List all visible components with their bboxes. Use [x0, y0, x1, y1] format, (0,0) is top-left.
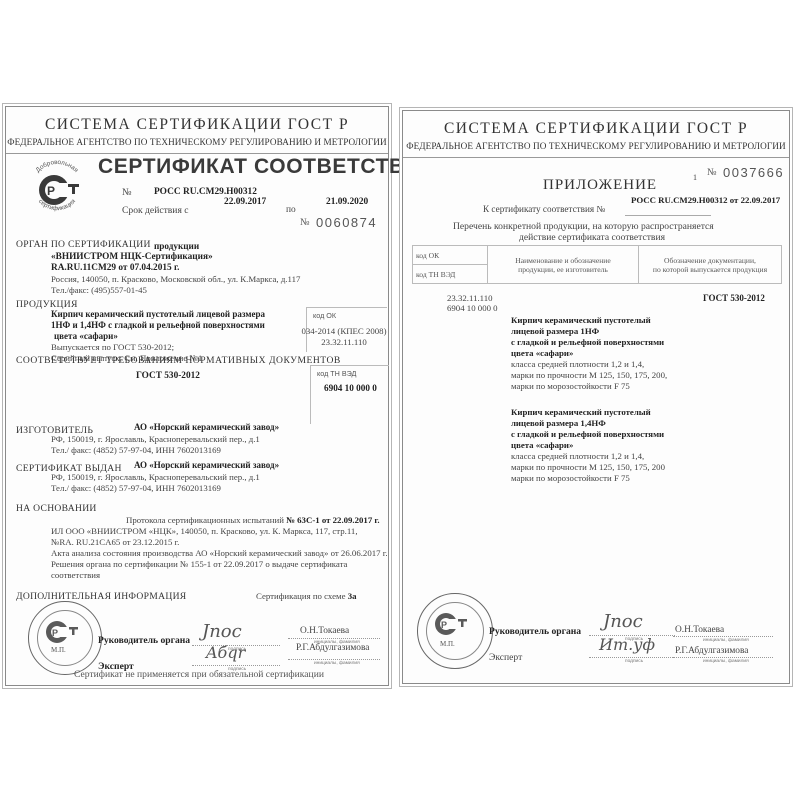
item-2-specs: класса средней плотности 1,2 и 1,4, марк… — [511, 451, 665, 484]
svg-text:P: P — [441, 620, 447, 630]
conformity-label: СООТВЕТСТВУЕТ ТРЕБОВАНИЯМ НОРМАТИВНЫХ ДО… — [16, 355, 341, 366]
item-1-name-line-1: Кирпич керамический пустотелый — [511, 315, 664, 326]
appendix-expert-name-line — [673, 657, 773, 658]
appendix-ref-value: РОСС RU.CM29.H00312 от 22.09.2017 — [631, 195, 780, 205]
appendix-standard: ГОСТ 530-2012 — [703, 293, 765, 303]
scheme: Сертификация по схеме 3а — [256, 591, 356, 601]
issued-to-address: РФ, 150019, г. Ярославль, Краснопеpеваль… — [51, 472, 260, 482]
list-title-line-2: действие сертификата соответствия — [519, 232, 665, 243]
valid-to-label: по — [286, 205, 296, 215]
item-2-name: Кирпич керамический пустотелый лицевой р… — [511, 407, 664, 451]
expert-name: Р.Г.Абдулгазимова — [296, 643, 369, 653]
basis-protocol: Протокола сертификационных испытаний № 6… — [126, 515, 380, 525]
conformity-standard: ГОСТ 530-2012 — [136, 371, 200, 381]
appendix-head-name: О.Н.Токаева — [675, 625, 724, 635]
appendix-ref-line — [625, 215, 711, 216]
head-signature: Jnoc — [202, 621, 242, 642]
basis-label: НА ОСНОВАНИИ — [16, 503, 97, 514]
appendix-head-label: Руководитель органа — [489, 626, 581, 637]
head-name: О.Н.Токаева — [300, 626, 349, 636]
basis-protocol-prefix: Протокола сертификационных испытаний — [126, 515, 284, 525]
item-1-name: Кирпич керамический пустотелый лицевой р… — [511, 315, 664, 359]
item-1-spec-1: класса средней плотности 1,2 и 1,4, — [511, 359, 667, 370]
ok-code-line-2: 23.32.11.110 — [299, 337, 389, 347]
logo-top-text: Добровольная — [35, 159, 80, 174]
certificate-document: СИСТЕМА СЕРТИФИКАЦИИ ГОСТ Р ФЕДЕРАЛЬНОЕ … — [5, 106, 389, 686]
footer-note: Сертификат не применяется при обязательн… — [74, 669, 324, 680]
appendix-seal-label: М.П. — [440, 640, 455, 648]
blank-number-label: № — [300, 217, 310, 228]
agency-name: ФЕДЕРАЛЬНОЕ АГЕНТСТВО ПО ТЕХНИЧЕСКОМУ РЕ… — [6, 134, 388, 153]
appendix-expert-name: Р.Г.Абдулгазимова — [675, 646, 748, 656]
item-1-name-line-4: цвета «сафари» — [511, 348, 664, 359]
certificate-title: СЕРТИФИКАТ СООТВЕТСТВИЯ — [98, 155, 436, 179]
appendix-document: СИСТЕМА СЕРТИФИКАЦИИ ГОСТ Р ФЕДЕРАЛЬНОЕ … — [402, 110, 790, 684]
appendix-agency-name: ФЕДЕРАЛЬНОЕ АГЕНТСТВО ПО ТЕХНИЧЕСКОМУ РЕ… — [403, 138, 789, 157]
basis-line-1: ИЛ ООО «ВНИИСТРОМ «НЦК», 140050, п. Крас… — [51, 526, 358, 536]
certification-body-phone: Тел./факс: (495)557-01-45 — [51, 285, 147, 295]
certification-body-name: «ВНИИСТРОМ НЦК-Сертификация» — [51, 252, 213, 262]
item-2-name-line-4: цвета «сафари» — [511, 440, 664, 451]
certification-body-accreditation: RA.RU.11CM29 от 07.04.2015 г. — [51, 263, 179, 273]
certificate-header: СИСТЕМА СЕРТИФИКАЦИИ ГОСТ Р ФЕДЕРАЛЬНОЕ … — [6, 107, 388, 154]
item-1-name-line-2: лицевой размера 1НФ — [511, 326, 664, 337]
item-2-spec-1: класса средней плотности 1,2 и 1,4, — [511, 451, 665, 462]
certificate-number-label: № — [122, 187, 132, 198]
head-name-line — [288, 638, 380, 639]
manufacturer-contacts: Тел./ факс: (4852) 57-97-04, ИНН 7602013… — [51, 445, 221, 455]
item-1-spec-3: марки по морозостойкости F 75 — [511, 381, 667, 392]
appendix-header: СИСТЕМА СЕРТИФИКАЦИИ ГОСТ Р ФЕДЕРАЛЬНОЕ … — [403, 111, 789, 158]
appendix-ok-code: 23.32.11.110 — [447, 293, 493, 303]
svg-text:P: P — [47, 184, 55, 198]
manufacturer-address: РФ, 150019, г. Ярославль, Краснопеpеваль… — [51, 434, 260, 444]
col-ok-code: код ОК — [413, 246, 488, 265]
col-product-name-line-2: продукции, ее изготовитель — [489, 265, 637, 274]
svg-text:Добровольная: Добровольная — [35, 159, 80, 174]
basis-line-2: №RA. RU.21CA65 от 23.12.2015 г. — [51, 537, 179, 547]
basis-line-3: Акта анализа состояния производства АО «… — [51, 548, 388, 558]
head-of-body-label: Руководитель органа — [98, 635, 190, 646]
appendix-expert-signature-caption: подпись — [625, 659, 643, 664]
expert-name-caption: инициалы, фамилия — [314, 661, 360, 666]
item-1-name-line-3: с гладкой и рельефной поверхностями — [511, 337, 664, 348]
tnved-code: 6904 10 000 0 — [324, 383, 377, 393]
certification-body-label-suffix: продукции — [154, 241, 199, 251]
blank-number: 0060874 — [316, 215, 377, 230]
item-2-name-line-2: лицевой размера 1,4НФ — [511, 418, 664, 429]
tnved-code-box: код ТН ВЭД — [310, 365, 389, 424]
basis-line-5: соответствия — [51, 570, 100, 580]
system-title: СИСТЕМА СЕРТИФИКАЦИИ ГОСТ Р — [6, 116, 388, 134]
seal-stamp-icon: P М.П. — [28, 601, 102, 675]
appendix-ref-label: К сертификату соответствия № — [483, 204, 605, 214]
item-2-spec-3: марки по морозостойкости F 75 — [511, 473, 665, 484]
appendix-head-signature: Jnoc — [603, 611, 643, 632]
col-documentation-line-1: Обозначение документации, — [640, 256, 780, 265]
appendix-expert-signature: Ит.уф — [599, 635, 655, 654]
col-documentation-line-2: по которой выпускается продукция — [640, 265, 780, 274]
scheme-prefix: Сертификация по схеме — [256, 591, 345, 601]
tnved-code-label: код ТН ВЭД — [317, 369, 356, 378]
appendix-expert-name-caption: инициалы, фамилия — [703, 659, 749, 664]
expert-signature: Aбqr — [206, 643, 245, 662]
col-product-name-line-1: Наименование и обозначение — [489, 256, 637, 265]
expert-name-line — [288, 659, 380, 660]
ok-code-label: код ОК — [313, 311, 336, 320]
certification-body-label: ОРГАН ПО СЕРТИФИКАЦИИ — [16, 239, 151, 250]
appendix-blank-number-label: № — [707, 167, 717, 178]
validity-label: Срок действия с — [122, 205, 189, 216]
additional-info-label: ДОПОЛНИТЕЛЬНАЯ ИНФОРМАЦИЯ — [16, 591, 187, 602]
appendix-tnved-code: 6904 10 000 0 — [447, 303, 498, 313]
col-tnved-code: код ТН ВЭД — [413, 265, 488, 284]
col-product-name: Наименование и обозначение продукции, ее… — [488, 246, 639, 284]
product-table-header: код ОК Наименование и обозначение продук… — [412, 245, 782, 284]
certification-body-address: Россия, 140050, п. Красково, Московской … — [51, 274, 300, 284]
appendix-expert-label: Эксперт — [489, 652, 522, 663]
appendix-head-name-caption: инициалы, фамилия — [703, 638, 749, 643]
col-documentation: Обозначение документации, по которой вып… — [639, 246, 782, 284]
list-title-line-1: Перечень конкретной продукции, на котору… — [453, 221, 714, 232]
appendix-system-title: СИСТЕМА СЕРТИФИКАЦИИ ГОСТ Р — [403, 120, 789, 138]
seal-label: М.П. — [51, 646, 66, 654]
scheme-value: 3а — [348, 591, 357, 601]
issued-to-contacts: Тел./ факс: (4852) 57-97-04, ИНН 7602013… — [51, 483, 221, 493]
manufacturer-name: АО «Норский керамический завод» — [134, 422, 279, 432]
expert-signature-line — [192, 665, 280, 666]
appendix-seal-stamp-icon: P М.П. — [417, 593, 493, 669]
valid-from: 22.09.2017 — [224, 197, 266, 207]
product-line-1: Кирпич керамический пустотелый лицевой р… — [51, 309, 265, 319]
product-line-3: цвета «сафари» — [54, 331, 118, 341]
basis-line-4: Решения органа по сертификации № 155-1 о… — [51, 559, 347, 569]
certificate-number: РОСС RU.CM29.H00312 — [154, 187, 257, 197]
appendix-expert-signature-line — [589, 657, 675, 658]
appendix-blank-number: 0037666 — [723, 165, 784, 180]
appendix-title: ПРИЛОЖЕНИЕ — [543, 177, 657, 194]
item-2-name-line-1: Кирпич керамический пустотелый — [511, 407, 664, 418]
item-1-specs: класса средней плотности 1,2 и 1,4, марк… — [511, 359, 667, 392]
basis-protocol-number: № 63С-1 от 22.09.2017 г. — [286, 515, 380, 525]
ok-code-line-1: 034-2014 (КПЕС 2008) — [299, 326, 389, 336]
sheet-number: 1 — [693, 173, 697, 182]
product-line-2: 1НФ и 1,4НФ с гладкой и рельефной поверх… — [51, 320, 265, 330]
gost-r-logo-icon: Добровольная сертификация P — [24, 157, 90, 219]
item-2-spec-2: марки по прочности М 125, 150, 175, 200 — [511, 462, 665, 473]
issued-to-name: АО «Норский керамический завод» — [134, 460, 279, 470]
valid-to: 21.09.2020 — [326, 197, 368, 207]
item-2-name-line-3: с гладкой и рельефной поверхностями — [511, 429, 664, 440]
item-1-spec-2: марки по прочности М 125, 150, 175, 200, — [511, 370, 667, 381]
appendix-head-name-line — [673, 636, 773, 637]
svg-text:P: P — [52, 628, 58, 638]
product-issued-per: Выпускается по ГОСТ 530-2012; — [51, 342, 174, 352]
